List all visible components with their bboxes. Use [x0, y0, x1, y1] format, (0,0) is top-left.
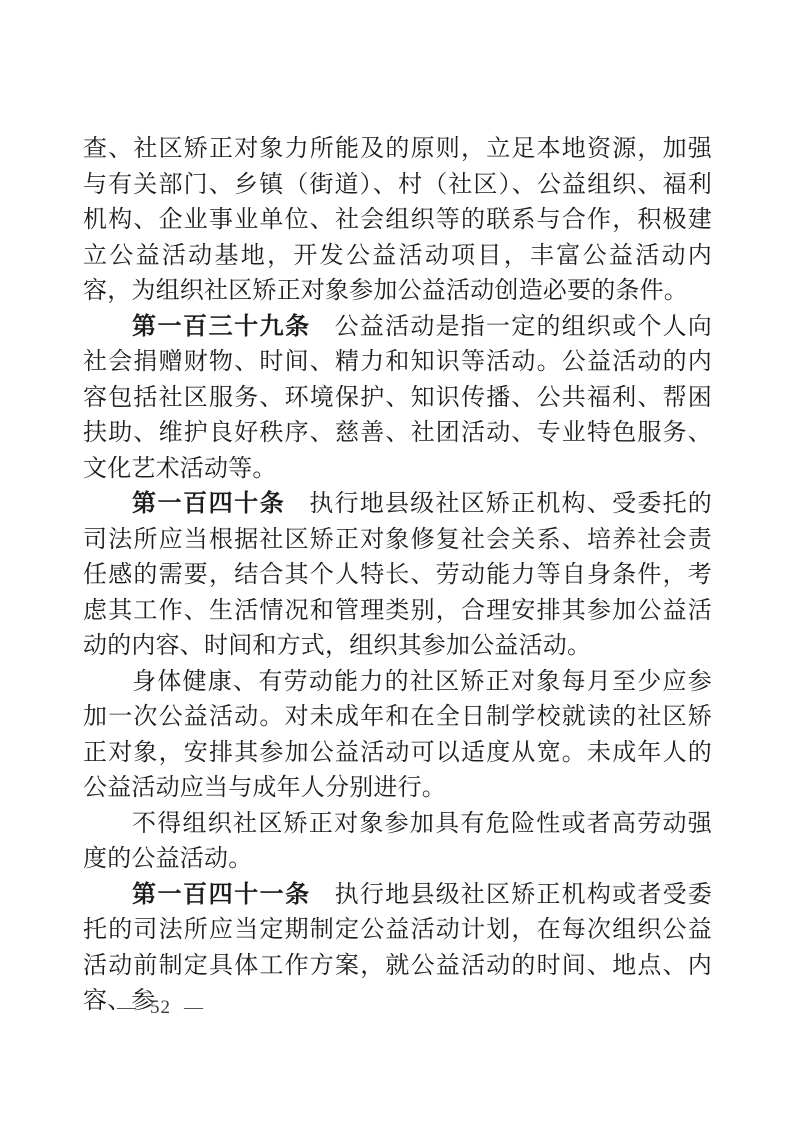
footer-dash-left: —	[117, 997, 137, 1019]
article-139-heading: 第一百三十九条	[132, 314, 311, 340]
article-139-paragraph: 第一百三十九条公益活动是指一定的组织或个人向社会捐赠财物、时间、精力和知识等活动…	[83, 310, 712, 488]
article-140-paragraph: 第一百四十条执行地县级社区矫正机构、受委托的司法所应当根据社区矫正对象修复社会关…	[83, 487, 712, 665]
article-140-heading: 第一百四十条	[132, 491, 285, 517]
document-body: 查、社区矫正对象力所能及的原则，立足本地资源，加强与有关部门、乡镇（街道）、村（…	[83, 132, 712, 1020]
page-footer: — 52 —	[117, 997, 204, 1019]
article-140-clause-2: 身体健康、有劳动能力的社区矫正对象每月至少应参加一次公益活动。对未成年和在全日制…	[83, 665, 712, 807]
article-141-heading: 第一百四十一条	[132, 882, 311, 908]
footer-dash-right: —	[184, 997, 204, 1019]
article-140-clause-3: 不得组织社区矫正对象参加具有危险性或者高劳动强度的公益活动。	[83, 807, 712, 878]
page-number: 52	[150, 997, 171, 1019]
document-page: 查、社区矫正对象力所能及的原则，立足本地资源，加强与有关部门、乡镇（街道）、村（…	[0, 0, 793, 1122]
paragraph-continuation: 查、社区矫正对象力所能及的原则，立足本地资源，加强与有关部门、乡镇（街道）、村（…	[83, 132, 712, 310]
